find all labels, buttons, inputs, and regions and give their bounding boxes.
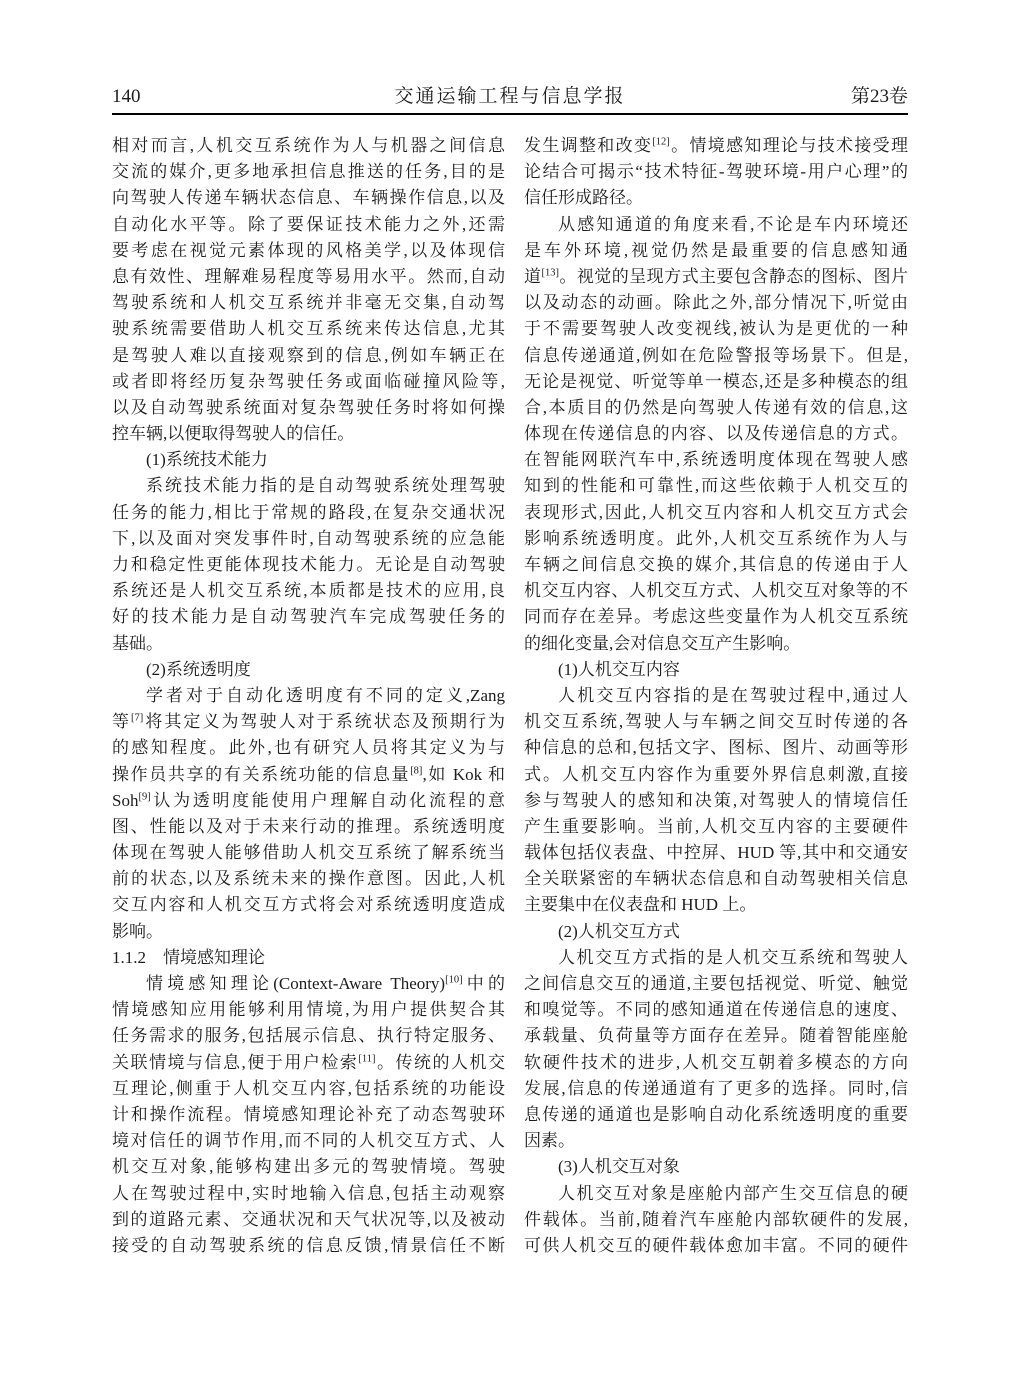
citation-ref: [12] bbox=[652, 136, 670, 147]
text-line: 互理论,侧重于人机交互内容,包括系统的功能设 bbox=[112, 1076, 505, 1102]
text-line: 因素。 bbox=[524, 1128, 908, 1154]
text-run: 情境感知应用能够利用情境,为用户提供契合其 bbox=[112, 1000, 505, 1019]
text-run: 人机交互内容指的是在驾驶过程中,通过人 bbox=[558, 686, 908, 705]
text-line: 论结合可揭示“技术特征-驾驶环境-用户心理”的 bbox=[524, 159, 908, 185]
text-run: 发生调整和改变 bbox=[524, 136, 652, 155]
text-run: 到的道路元素、交通状况和天气状况等,以及被动 bbox=[112, 1210, 505, 1229]
text-line: 体现在传递信息的内容、以及传递信息的方式。 bbox=[524, 421, 908, 447]
text-run: 载体包括仪表盘、中控屏、HUD 等,其中和交通安 bbox=[524, 843, 908, 862]
text-line: 表现形式,因此,人机交互内容和人机交互方式会 bbox=[524, 500, 908, 526]
text-run: 中的 bbox=[463, 974, 505, 993]
text-line: 于不需要驾驶人改变视线,被认为是更优的一种 bbox=[524, 316, 908, 342]
text-line: 等[7]将其定义为驾驶人对于系统状态及预期行为 bbox=[112, 709, 505, 735]
text-run: 系统还是人机交互系统,本质都是技术的应用,良 bbox=[112, 581, 505, 600]
text-run: ,如 Kok 和 bbox=[422, 765, 505, 784]
text-line: (1)系统技术能力 bbox=[112, 447, 505, 473]
text-run: 计和操作流程。情境感知理论补充了动态驾驶环 bbox=[112, 1105, 505, 1124]
text-run: 交流的媒介,更多地承担信息推送的任务,目的是 bbox=[112, 162, 505, 181]
text-line: 件载体。当前,随着汽车座舱内部软硬件的发展, bbox=[524, 1207, 908, 1233]
text-run: 认为透明度能使用户理解自动化流程的意 bbox=[151, 791, 505, 810]
text-run: 前的状态,以及系统未来的操作意图。因此,人机 bbox=[112, 869, 505, 888]
text-line: 相对而言,人机交互系统作为人与机器之间信息 bbox=[112, 133, 505, 159]
text-line: 学者对于自动化透明度有不同的定义,Zang bbox=[112, 683, 505, 709]
text-run: 全关联紧密的车辆状态信息和自动驾驶相关信息 bbox=[524, 869, 908, 888]
text-line: 交互内容和人机交互方式将会对系统透明度造成 bbox=[112, 892, 505, 918]
text-run: (3)人机交互对象 bbox=[558, 1157, 680, 1176]
text-line: 种信息的总和,包括文字、图标、图片、动画等形 bbox=[524, 735, 908, 761]
text-run: 交互内容和人机交互方式将会对系统透明度造成 bbox=[112, 895, 505, 914]
text-run: 人在驾驶过程中,实时地输入信息,包括主动观察 bbox=[112, 1184, 505, 1203]
text-line: 信任形成路径。 bbox=[524, 185, 908, 211]
text-line: 自动化水平等。除了要保证技术能力之外,还需 bbox=[112, 212, 505, 238]
text-line: 承载量、负荷量等方面存在差异。随着智能座舱 bbox=[524, 1023, 908, 1049]
text-line: 之间信息交互的通道,主要包括视觉、听觉、触觉 bbox=[524, 971, 908, 997]
text-line: 车辆之间信息交换的媒介,其信息的传递由于人 bbox=[524, 552, 908, 578]
text-run: 相对而言,人机交互系统作为人与机器之间信息 bbox=[112, 136, 505, 155]
text-run: 接受的自动驾驶系统的信息反馈,情景信任不断 bbox=[112, 1236, 505, 1255]
journal-page: 140 交通运输工程与信息学报 第23卷 相对而言,人机交互系统作为人与机器之间… bbox=[0, 0, 1020, 1375]
text-run: 。情境感知理论与技术接受理 bbox=[670, 136, 908, 155]
text-run: 影响系统透明度。此外,人机交互系统作为人与 bbox=[524, 529, 908, 548]
text-run: 论结合可揭示“技术特征-驾驶环境-用户心理”的 bbox=[524, 162, 908, 181]
text-line: 到的道路元素、交通状况和天气状况等,以及被动 bbox=[112, 1207, 505, 1233]
text-run: 在智能网联汽车中,系统透明度体现在驾驶人感 bbox=[524, 450, 908, 469]
text-line: 情境感知应用能够利用情境,为用户提供契合其 bbox=[112, 997, 505, 1023]
text-line: 的感知程度。此外,也有研究人员将其定义为与 bbox=[112, 735, 505, 761]
header-rule bbox=[112, 113, 908, 115]
text-run: (2)系统透明度 bbox=[146, 660, 251, 679]
citation-ref: [13] bbox=[541, 267, 559, 278]
citation-ref: [9] bbox=[138, 791, 150, 802]
text-line: 下,以及面对突发事件时,自动驾驶系统的应急能 bbox=[112, 526, 505, 552]
text-line: 基础。 bbox=[112, 631, 505, 657]
text-line: 同而存在差异。考虑这些变量作为人机交互系统 bbox=[524, 604, 908, 630]
text-line: 息传递的通道也是影响自动化系统透明度的重要 bbox=[524, 1102, 908, 1128]
text-run: 或者即将经历复杂驾驶任务或面临碰撞风险等, bbox=[112, 372, 505, 391]
text-run: 人机交互方式指的是人机交互系统和驾驶人 bbox=[558, 948, 908, 967]
text-run: 信息传递通道,例如在危险警报等场景下。但是, bbox=[524, 346, 908, 365]
text-run: 是车外环境,视觉仍然是最重要的信息感知通 bbox=[524, 241, 908, 260]
text-run: 基础。 bbox=[112, 634, 163, 653]
text-run: 的细化变量,会对信息交互产生影响。 bbox=[524, 634, 800, 653]
citation-ref: [8] bbox=[410, 765, 422, 776]
text-line: 接受的自动驾驶系统的信息反馈,情景信任不断 bbox=[112, 1233, 505, 1259]
text-run: 向驾驶人传递车辆状态信息、车辆操作信息,以及 bbox=[112, 188, 505, 207]
text-run: 件载体。当前,随着汽车座舱内部软硬件的发展, bbox=[524, 1210, 908, 1229]
text-run: 系统技术能力指的是自动驾驶系统处理驾驶 bbox=[146, 476, 505, 495]
text-run: 将其定义为驾驶人对于系统状态及预期行为 bbox=[143, 712, 505, 731]
text-run: 可供人机交互的硬件载体愈加丰富。不同的硬件 bbox=[524, 1236, 908, 1255]
text-line: 是车外环境,视觉仍然是最重要的信息感知通 bbox=[524, 238, 908, 264]
text-line: 合,本质目的仍然是向驾驶人传递有效的信息,这 bbox=[524, 395, 908, 421]
text-line: 知到的性能和可靠性,而这些依赖于人机交互的 bbox=[524, 473, 908, 499]
left-column: 相对而言,人机交互系统作为人与机器之间信息交流的媒介,更多地承担信息推送的任务,… bbox=[112, 133, 505, 1259]
text-run: 体现在驾驶人能够借助人机交互系统了解系统当 bbox=[112, 843, 505, 862]
text-line: 发生调整和改变[12]。情境感知理论与技术接受理 bbox=[524, 133, 908, 159]
text-run: 关联情境与信息,便于用户检索 bbox=[112, 1053, 358, 1072]
text-run: 力和稳定性更能体现技术能力。无论是自动驾驶 bbox=[112, 555, 505, 574]
text-line: 机交互内容、人机交互方式、人机交互对象等的不 bbox=[524, 578, 908, 604]
text-run: 。视觉的呈现方式主要包含静态的图标、图片 bbox=[559, 267, 908, 286]
text-run: 图、性能以及对于未来行动的推理。系统透明度 bbox=[112, 817, 505, 836]
text-line: 关联情境与信息,便于用户检索[11]。传统的人机交 bbox=[112, 1050, 505, 1076]
text-line: 系统技术能力指的是自动驾驶系统处理驾驶 bbox=[112, 473, 505, 499]
text-line: 是驾驶人难以直接观察到的信息,例如车辆正在 bbox=[112, 343, 505, 369]
text-run: 以及自动驾驶系统面对复杂驾驶任务时将如何操 bbox=[112, 398, 505, 417]
text-run: 于不需要驾驶人改变视线,被认为是更优的一种 bbox=[524, 319, 908, 338]
text-line: 式。人机交互内容作为重要外界信息刺激,直接 bbox=[524, 762, 908, 788]
text-run: 车辆之间信息交换的媒介,其信息的传递由于人 bbox=[524, 555, 908, 574]
text-line: 要考虑在视觉元素体现的风格美学,以及体现信 bbox=[112, 238, 505, 264]
volume-label: 第23卷 bbox=[851, 86, 908, 108]
text-run: 软硬件技术的进步,人机交互朝着多模态的方向 bbox=[524, 1053, 908, 1072]
text-run: 参与驾驶人的感知和决策,对驾驶人的情境信任 bbox=[524, 791, 908, 810]
text-line: (3)人机交互对象 bbox=[524, 1154, 908, 1180]
text-run: (1)系统技术能力 bbox=[146, 450, 268, 469]
text-run: 任务需求的服务,包括展示信息、执行特定服务、 bbox=[112, 1026, 505, 1045]
text-line: 以及自动驾驶系统面对复杂驾驶任务时将如何操 bbox=[112, 395, 505, 421]
text-line: 境对信任的调节作用,而不同的人机交互方式、人 bbox=[112, 1128, 505, 1154]
text-run: 好的技术能力是自动驾驶汽车完成驾驶任务的 bbox=[112, 607, 505, 626]
text-run: 下,以及面对突发事件时,自动驾驶系统的应急能 bbox=[112, 529, 505, 548]
text-line: 向驾驶人传递车辆状态信息、车辆操作信息,以及 bbox=[112, 185, 505, 211]
text-line: 交流的媒介,更多地承担信息推送的任务,目的是 bbox=[112, 159, 505, 185]
text-line: 信息传递通道,例如在危险警报等场景下。但是, bbox=[524, 343, 908, 369]
text-line: 息有效性、理解难易程度等易用水平。然而,自动 bbox=[112, 264, 505, 290]
citation-ref: [11] bbox=[358, 1053, 375, 1064]
text-run: 从感知通道的角度来看,不论是车内环境还 bbox=[558, 215, 908, 234]
text-line: 道[13]。视觉的呈现方式主要包含静态的图标、图片 bbox=[524, 264, 908, 290]
text-run: 因素。 bbox=[524, 1131, 575, 1150]
text-line: 和嗅觉等。不同的感知通道在传递信息的速度、 bbox=[524, 997, 908, 1023]
text-run: 息有效性、理解难易程度等易用水平。然而,自动 bbox=[112, 267, 505, 286]
text-line: 控车辆,以便取得驾驶人的信任。 bbox=[112, 421, 505, 447]
text-run: 等 bbox=[112, 712, 131, 731]
text-run: 同而存在差异。考虑这些变量作为人机交互系统 bbox=[524, 607, 908, 626]
text-run: 以及动态的动画。除此之外,部分情况下,听觉由 bbox=[524, 293, 908, 312]
text-line: 从感知通道的角度来看,不论是车内环境还 bbox=[524, 212, 908, 238]
text-line: 的细化变量,会对信息交互产生影响。 bbox=[524, 631, 908, 657]
text-line: (2)系统透明度 bbox=[112, 657, 505, 683]
text-run: 机交互对象,能够构建出多元的驾驶情境。驾驶 bbox=[112, 1157, 505, 1176]
text-line: 可供人机交互的硬件载体愈加丰富。不同的硬件 bbox=[524, 1233, 908, 1259]
text-line: 体现在驾驶人能够借助人机交互系统了解系统当 bbox=[112, 840, 505, 866]
journal-title: 交通运输工程与信息学报 bbox=[112, 86, 908, 108]
text-line: 任务的能力,相比于常规的路段,在复杂交通状况 bbox=[112, 500, 505, 526]
text-line: 发展,信息的传递通道有了更多的选择。同时,信 bbox=[524, 1076, 908, 1102]
text-line: 影响。 bbox=[112, 919, 505, 945]
text-line: 任务需求的服务,包括展示信息、执行特定服务、 bbox=[112, 1023, 505, 1049]
text-line: 产生重要影响。当前,人机交互内容的主要硬件 bbox=[524, 814, 908, 840]
text-line: 机交互系统,驾驶人与车辆之间交互时传递的各 bbox=[524, 709, 908, 735]
text-run: 驶系统需要借助人机交互系统来传达信息,尤其 bbox=[112, 319, 505, 338]
text-run: 知到的性能和可靠性,而这些依赖于人机交互的 bbox=[524, 476, 908, 495]
text-line: 人在驾驶过程中,实时地输入信息,包括主动观察 bbox=[112, 1181, 505, 1207]
text-run: 信任形成路径。 bbox=[524, 188, 643, 207]
text-run: 和嗅觉等。不同的感知通道在传递信息的速度、 bbox=[524, 1000, 908, 1019]
text-line: 载体包括仪表盘、中控屏、HUD 等,其中和交通安 bbox=[524, 840, 908, 866]
text-run: 产生重要影响。当前,人机交互内容的主要硬件 bbox=[524, 817, 908, 836]
text-run: 自动化水平等。除了要保证技术能力之外,还需 bbox=[112, 215, 505, 234]
text-run: 体现在传递信息的内容、以及传递信息的方式。 bbox=[524, 424, 908, 443]
text-run: 操作员共享的有关系统功能的信息量 bbox=[112, 765, 410, 784]
text-line: 情境感知理论(Context-Aware Theory)[10]中的 bbox=[112, 971, 505, 997]
text-run: 境对信任的调节作用,而不同的人机交互方式、人 bbox=[112, 1131, 505, 1150]
text-line: Soh[9]认为透明度能使用户理解自动化流程的意 bbox=[112, 788, 505, 814]
text-run: Soh bbox=[112, 791, 138, 810]
text-line: 图、性能以及对于未来行动的推理。系统透明度 bbox=[112, 814, 505, 840]
text-line: 软硬件技术的进步,人机交互朝着多模态的方向 bbox=[524, 1050, 908, 1076]
text-run: 学者对于自动化透明度有不同的定义,Zang bbox=[146, 686, 505, 705]
text-run: 式。人机交互内容作为重要外界信息刺激,直接 bbox=[524, 765, 908, 784]
text-run: 机交互内容、人机交互方式、人机交互对象等的不 bbox=[524, 581, 908, 600]
text-run: 要考虑在视觉元素体现的风格美学,以及体现信 bbox=[112, 241, 505, 260]
text-line: 或者即将经历复杂驾驶任务或面临碰撞风险等, bbox=[112, 369, 505, 395]
text-line: 系统还是人机交互系统,本质都是技术的应用,良 bbox=[112, 578, 505, 604]
text-run: 无论是视觉、听觉等单一模态,还是多种模态的组 bbox=[524, 372, 908, 391]
text-run: 互理论,侧重于人机交互内容,包括系统的功能设 bbox=[112, 1079, 505, 1098]
text-line: 计和操作流程。情境感知理论补充了动态驾驶环 bbox=[112, 1102, 505, 1128]
text-run: 驾驶系统和人机交互系统并非毫无交集,自动驾 bbox=[112, 293, 505, 312]
text-line: 驾驶系统和人机交互系统并非毫无交集,自动驾 bbox=[112, 290, 505, 316]
text-run: 1.1.2 情境感知理论 bbox=[112, 948, 265, 967]
text-line: 力和稳定性更能体现技术能力。无论是自动驾驶 bbox=[112, 552, 505, 578]
text-run: 道 bbox=[524, 267, 541, 286]
text-run: 发展,信息的传递通道有了更多的选择。同时,信 bbox=[524, 1079, 908, 1098]
text-line: 全关联紧密的车辆状态信息和自动驾驶相关信息 bbox=[524, 866, 908, 892]
text-run: 息传递的通道也是影响自动化系统透明度的重要 bbox=[524, 1105, 908, 1124]
text-run: 情境感知理论(Context-Aware Theory) bbox=[146, 974, 445, 993]
text-line: 人机交互对象是座舱内部产生交互信息的硬 bbox=[524, 1181, 908, 1207]
text-line: 人机交互方式指的是人机交互系统和驾驶人 bbox=[524, 945, 908, 971]
text-run: 机交互系统,驾驶人与车辆之间交互时传递的各 bbox=[524, 712, 908, 731]
text-line: (2)人机交互方式 bbox=[524, 919, 908, 945]
text-run: 。传统的人机交 bbox=[375, 1053, 505, 1072]
text-run: 人机交互对象是座舱内部产生交互信息的硬 bbox=[558, 1184, 908, 1203]
text-line: 在智能网联汽车中,系统透明度体现在驾驶人感 bbox=[524, 447, 908, 473]
text-run: 是驾驶人难以直接观察到的信息,例如车辆正在 bbox=[112, 346, 505, 365]
text-line: (1)人机交互内容 bbox=[524, 657, 908, 683]
right-column: 发生调整和改变[12]。情境感知理论与技术接受理论结合可揭示“技术特征-驾驶环境… bbox=[524, 133, 908, 1259]
text-line: 主要集中在仪表盘和 HUD 上。 bbox=[524, 892, 908, 918]
text-line: 好的技术能力是自动驾驶汽车完成驾驶任务的 bbox=[112, 604, 505, 630]
text-line: 参与驾驶人的感知和决策,对驾驶人的情境信任 bbox=[524, 788, 908, 814]
text-line: 影响系统透明度。此外,人机交互系统作为人与 bbox=[524, 526, 908, 552]
citation-ref: [10] bbox=[445, 974, 463, 985]
text-run: 合,本质目的仍然是向驾驶人传递有效的信息,这 bbox=[524, 398, 908, 417]
text-run: (2)人机交互方式 bbox=[558, 922, 680, 941]
text-line: 前的状态,以及系统未来的操作意图。因此,人机 bbox=[112, 866, 505, 892]
text-run: 主要集中在仪表盘和 HUD 上。 bbox=[524, 895, 756, 914]
text-run: 影响。 bbox=[112, 922, 163, 941]
text-run: 表现形式,因此,人机交互内容和人机交互方式会 bbox=[524, 503, 908, 522]
text-line: 人机交互内容指的是在驾驶过程中,通过人 bbox=[524, 683, 908, 709]
text-run: 控车辆,以便取得驾驶人的信任。 bbox=[112, 424, 354, 443]
text-run: 的感知程度。此外,也有研究人员将其定义为与 bbox=[112, 738, 505, 757]
text-line: 驶系统需要借助人机交互系统来传达信息,尤其 bbox=[112, 316, 505, 342]
section-heading: 1.1.2 情境感知理论 bbox=[112, 945, 505, 971]
text-run: 之间信息交互的通道,主要包括视觉、听觉、触觉 bbox=[524, 974, 908, 993]
text-run: 承载量、负荷量等方面存在差异。随着智能座舱 bbox=[524, 1026, 908, 1045]
text-run: (1)人机交互内容 bbox=[558, 660, 680, 679]
text-run: 种信息的总和,包括文字、图标、图片、动画等形 bbox=[524, 738, 908, 757]
text-line: 无论是视觉、听觉等单一模态,还是多种模态的组 bbox=[524, 369, 908, 395]
text-line: 机交互对象,能够构建出多元的驾驶情境。驾驶 bbox=[112, 1154, 505, 1180]
text-run: 任务的能力,相比于常规的路段,在复杂交通状况 bbox=[112, 503, 505, 522]
text-line: 操作员共享的有关系统功能的信息量[8],如 Kok 和 bbox=[112, 762, 505, 788]
text-line: 以及动态的动画。除此之外,部分情况下,听觉由 bbox=[524, 290, 908, 316]
citation-ref: [7] bbox=[131, 712, 143, 723]
